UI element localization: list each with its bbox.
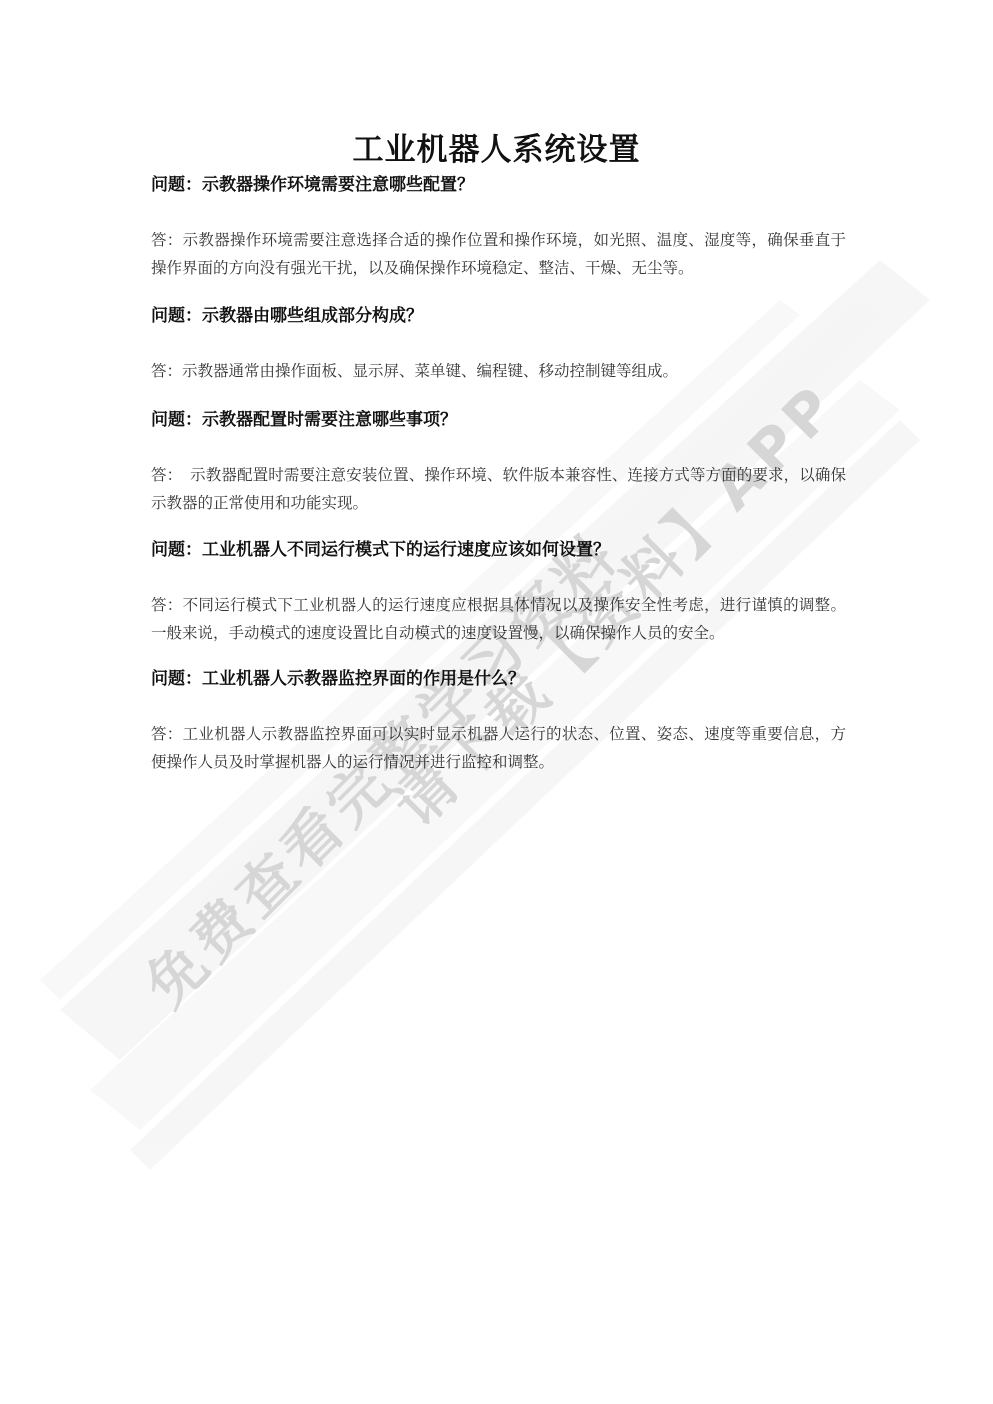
question-text: 问题：示教器由哪些组成部分构成？ <box>151 304 846 328</box>
qa-item: 问题：示教器操作环境需要注意哪些配置？ 答：示教器操作环境需要注意选择合适的操作… <box>151 173 846 282</box>
answer-text: 答：不同运行模式下工业机器人的运行速度应根据具体情况以及操作安全性考虑，进行谨慎… <box>151 591 846 647</box>
qa-item: 问题：工业机器人不同运行模式下的运行速度应该如何设置？ 答：不同运行模式下工业机… <box>151 538 846 647</box>
question-text: 问题：工业机器人不同运行模式下的运行速度应该如何设置？ <box>151 538 846 562</box>
answer-text: 答：示教器通常由操作面板、显示屏、菜单键、编程键、移动控制键等组成。 <box>151 357 846 385</box>
question-text: 问题：示教器配置时需要注意哪些事项？ <box>151 408 846 432</box>
answer-text: 答：工业机器人示教器监控界面可以实时显示机器人运行的状态、位置、姿态、速度等重要… <box>151 720 846 776</box>
answer-text: 答：示教器操作环境需要注意选择合适的操作位置和操作环境，如光照、温度、湿度等，确… <box>151 226 846 282</box>
page-title: 工业机器人系统设置 <box>0 124 993 169</box>
qa-item: 问题：示教器由哪些组成部分构成？ 答：示教器通常由操作面板、显示屏、菜单键、编程… <box>151 304 846 385</box>
question-text: 问题：工业机器人示教器监控界面的作用是什么？ <box>151 667 846 691</box>
answer-text: 答： 示教器配置时需要注意安装位置、操作环境、软件版本兼容性、连接方式等方面的要… <box>151 461 846 517</box>
qa-item: 问题：示教器配置时需要注意哪些事项？ 答： 示教器配置时需要注意安装位置、操作环… <box>151 408 846 517</box>
qa-item: 问题：工业机器人示教器监控界面的作用是什么？ 答：工业机器人示教器监控界面可以实… <box>151 667 846 776</box>
question-text: 问题：示教器操作环境需要注意哪些配置？ <box>151 173 846 197</box>
